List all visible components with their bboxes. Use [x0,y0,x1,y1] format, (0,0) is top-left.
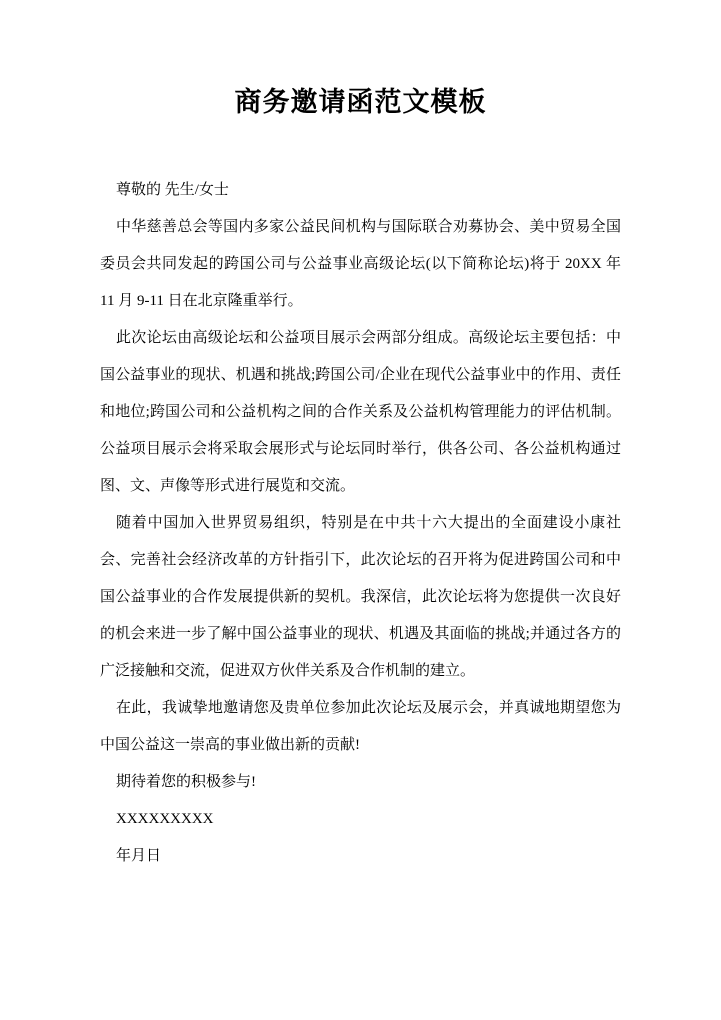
letter-content: 尊敬的 先生/女士 中华慈善总会等国内多家公益民间机构与国际联合劝募协会、美中贸… [100,172,621,875]
document-page: 商务邀请函范文模板 尊敬的 先生/女士 中华慈善总会等国内多家公益民间机构与国际… [0,0,721,1020]
date-placeholder: 年月日 [100,838,621,875]
salutation-line: 尊敬的 先生/女士 [100,172,621,209]
closing-line: 期待着您的积极参与! [100,764,621,801]
body-paragraph-2: 此次论坛由高级论坛和公益项目展示会两部分组成。高级论坛主要包括：中国公益事业的现… [100,320,621,505]
signature-placeholder: XXXXXXXXX [100,801,621,838]
body-paragraph-3: 随着中国加入世界贸易组织，特别是在中共十六大提出的全面建设小康社会、完善社会经济… [100,505,621,690]
body-paragraph-1: 中华慈善总会等国内多家公益民间机构与国际联合劝募协会、美中贸易全国委员会共同发起… [100,209,621,320]
body-paragraph-4: 在此，我诚挚地邀请您及贵单位参加此次论坛及展示会，并真诚地期望您为中国公益这一崇… [100,690,621,764]
document-title: 商务邀请函范文模板 [0,0,721,119]
